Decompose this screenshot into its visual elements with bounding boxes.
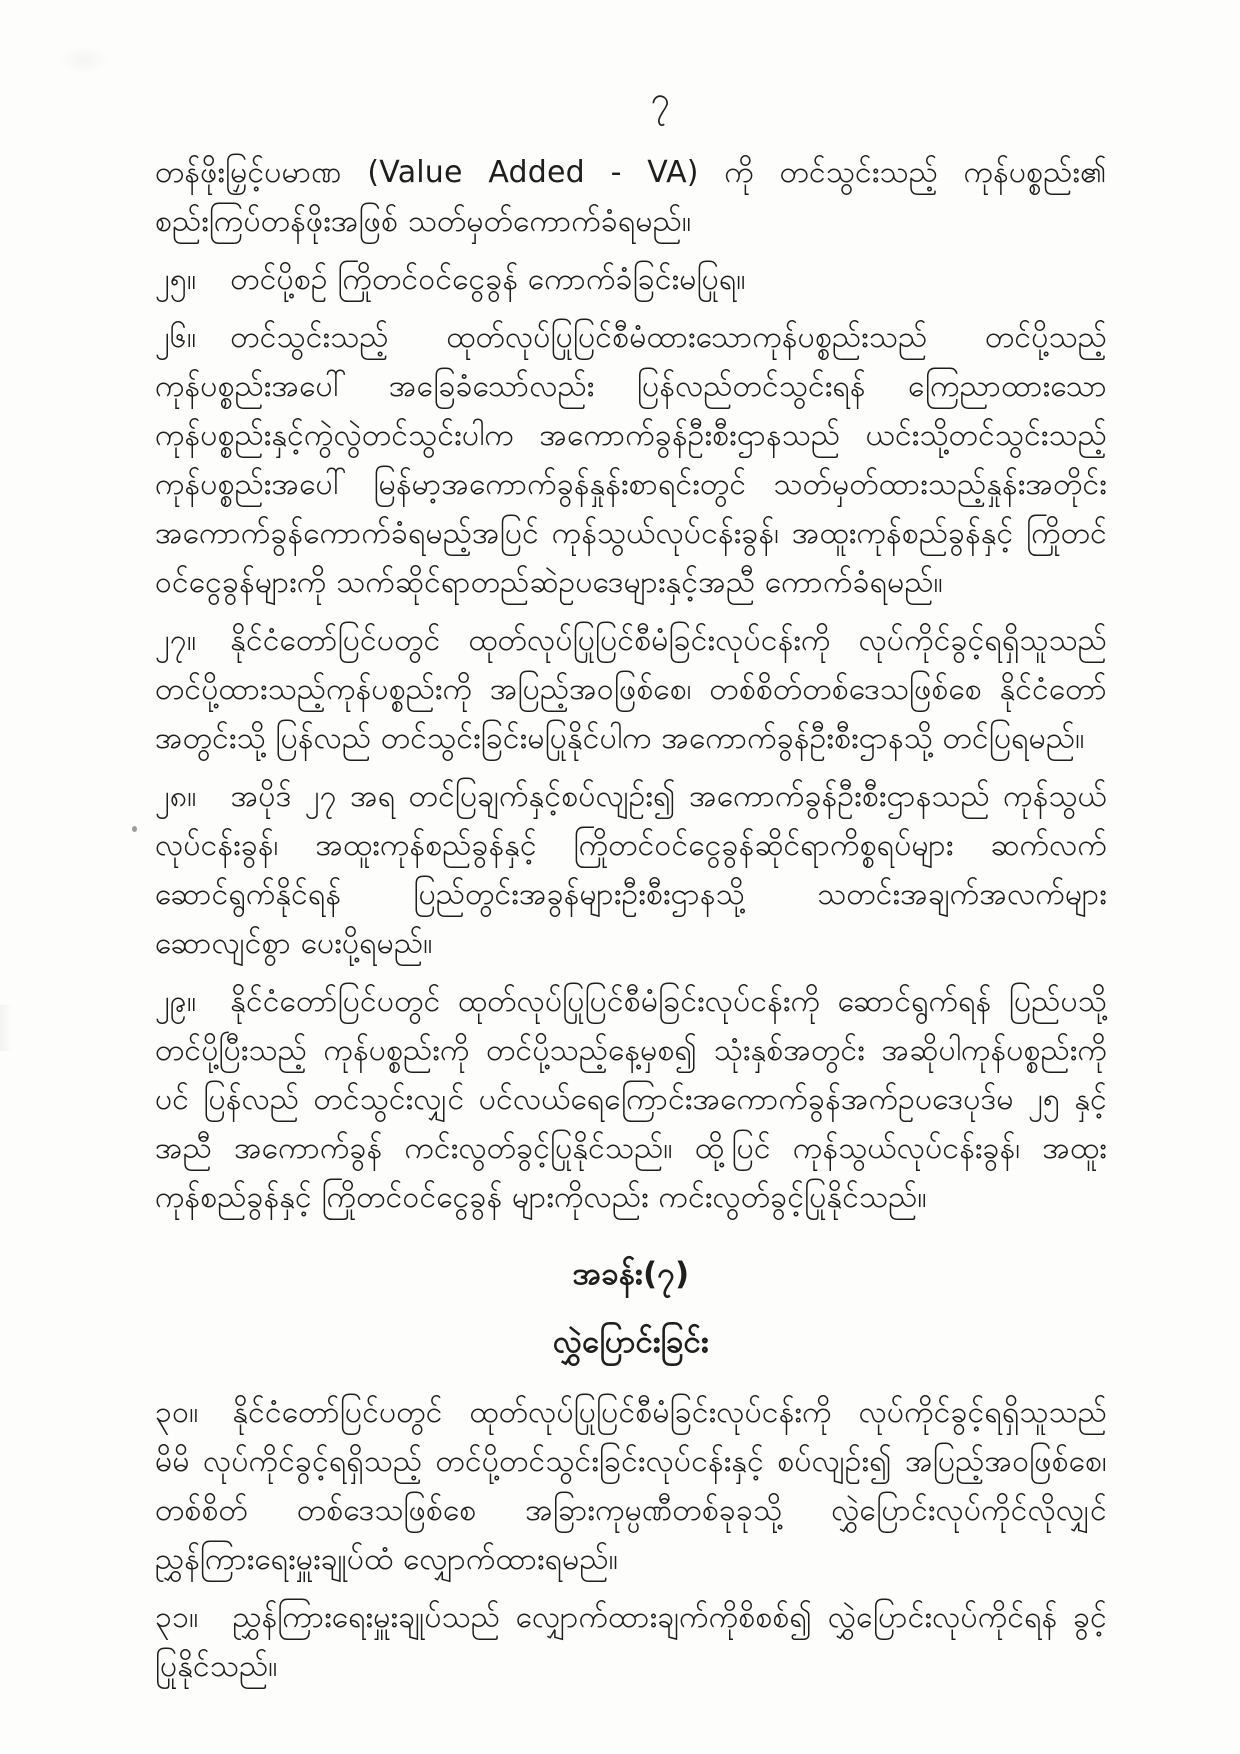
page-number: ၇ — [0, 78, 1240, 122]
paragraph-number: ၂၉။ — [155, 984, 196, 1019]
paragraph-number: ၃၀။ — [155, 1395, 198, 1430]
paragraph-text: တင်သွင်းသည့် ထုတ်လုပ်ပြုပြင်စီမံထားသောကု… — [155, 320, 1107, 600]
paragraph-25: ၂၅။တင်ပို့စဉ် ကြိုတင်ဝင်ငွေခွန် ကောက်ခံခ… — [155, 255, 1107, 304]
chapter-title: လွှဲပြောင်းခြင်း — [155, 1308, 1107, 1376]
paragraph-text: နိုင်ငံတော်ပြင်ပတွင် ထုတ်လုပ်ပြုပြင်စီမံ… — [155, 984, 1107, 1215]
scan-artifact-edge-smudge — [0, 1005, 12, 1051]
paragraph-text: အပိုဒ် ၂၇ အရ တင်ပြချက်နှင့်စပ်လျဉ်း၍ အကေ… — [155, 779, 1107, 961]
intro-paragraph-text: တန်ဖိုးမြှင့်ပမာဏ (Value Added - VA) ကို… — [155, 155, 1107, 239]
paragraph-text: နိုင်ငံတော်ပြင်ပတွင် ထုတ်လုပ်ပြုပြင်စီမံ… — [155, 623, 1107, 756]
intro-paragraph: တန်ဖိုးမြှင့်ပမာဏ (Value Added - VA) ကို… — [155, 148, 1107, 246]
paragraph-number: ၂၆။ — [155, 320, 196, 355]
paragraph-26: ၂၆။တင်သွင်းသည့် ထုတ်လုပ်ပြုပြင်စီမံထားသေ… — [155, 313, 1107, 607]
paragraph-text: တင်ပို့စဉ် ကြိုတင်ဝင်ငွေခွန် ကောက်ခံခြင်… — [230, 262, 745, 297]
paragraph-number: ၂၇။ — [155, 623, 196, 658]
paragraph-30: ၃၀။နိုင်ငံတော်ပြင်ပတွင် ထုတ်လုပ်ပြုပြင်စ… — [155, 1388, 1107, 1584]
paragraph-31: ၃၁။ညွှန်ကြားရေးမှူးချုပ်သည် လျှောက်ထားချ… — [155, 1593, 1107, 1691]
paragraph-28: ၂၈။အပိုဒ် ၂၇ အရ တင်ပြချက်နှင့်စပ်လျဉ်း၍ … — [155, 772, 1107, 968]
chapter-heading: အခန်း(၇) လွှဲပြောင်းခြင်း — [155, 1240, 1107, 1376]
chapter-label: အခန်း(၇) — [155, 1240, 1107, 1308]
paragraph-text: နိုင်ငံတော်ပြင်ပတွင် ထုတ်လုပ်ပြုပြင်စီမံ… — [155, 1395, 1107, 1577]
scan-artifact-smudge — [58, 46, 110, 74]
paragraph-27: ၂၇။နိုင်ငံတော်ပြင်ပတွင် ထုတ်လုပ်ပြုပြင်စ… — [155, 616, 1107, 763]
scan-artifact-dot — [132, 826, 137, 832]
paragraph-29: ၂၉။နိုင်ငံတော်ပြင်ပတွင် ထုတ်လုပ်ပြုပြင်စ… — [155, 977, 1107, 1222]
paragraph-text: ညွှန်ကြားရေးမှူးချုပ်သည် လျှောက်ထားချက်က… — [155, 1600, 1107, 1684]
document-body: တန်ဖိုးမြှင့်ပမာဏ (Value Added - VA) ကို… — [155, 148, 1107, 1700]
scanned-document-page: ၇ တန်ဖိုးမြှင့်ပမာဏ (Value Added - VA) က… — [0, 0, 1240, 1754]
paragraph-number: ၃၁။ — [155, 1600, 198, 1635]
paragraph-number: ၂၈။ — [155, 779, 197, 814]
paragraph-number: ၂၅။ — [155, 262, 196, 297]
